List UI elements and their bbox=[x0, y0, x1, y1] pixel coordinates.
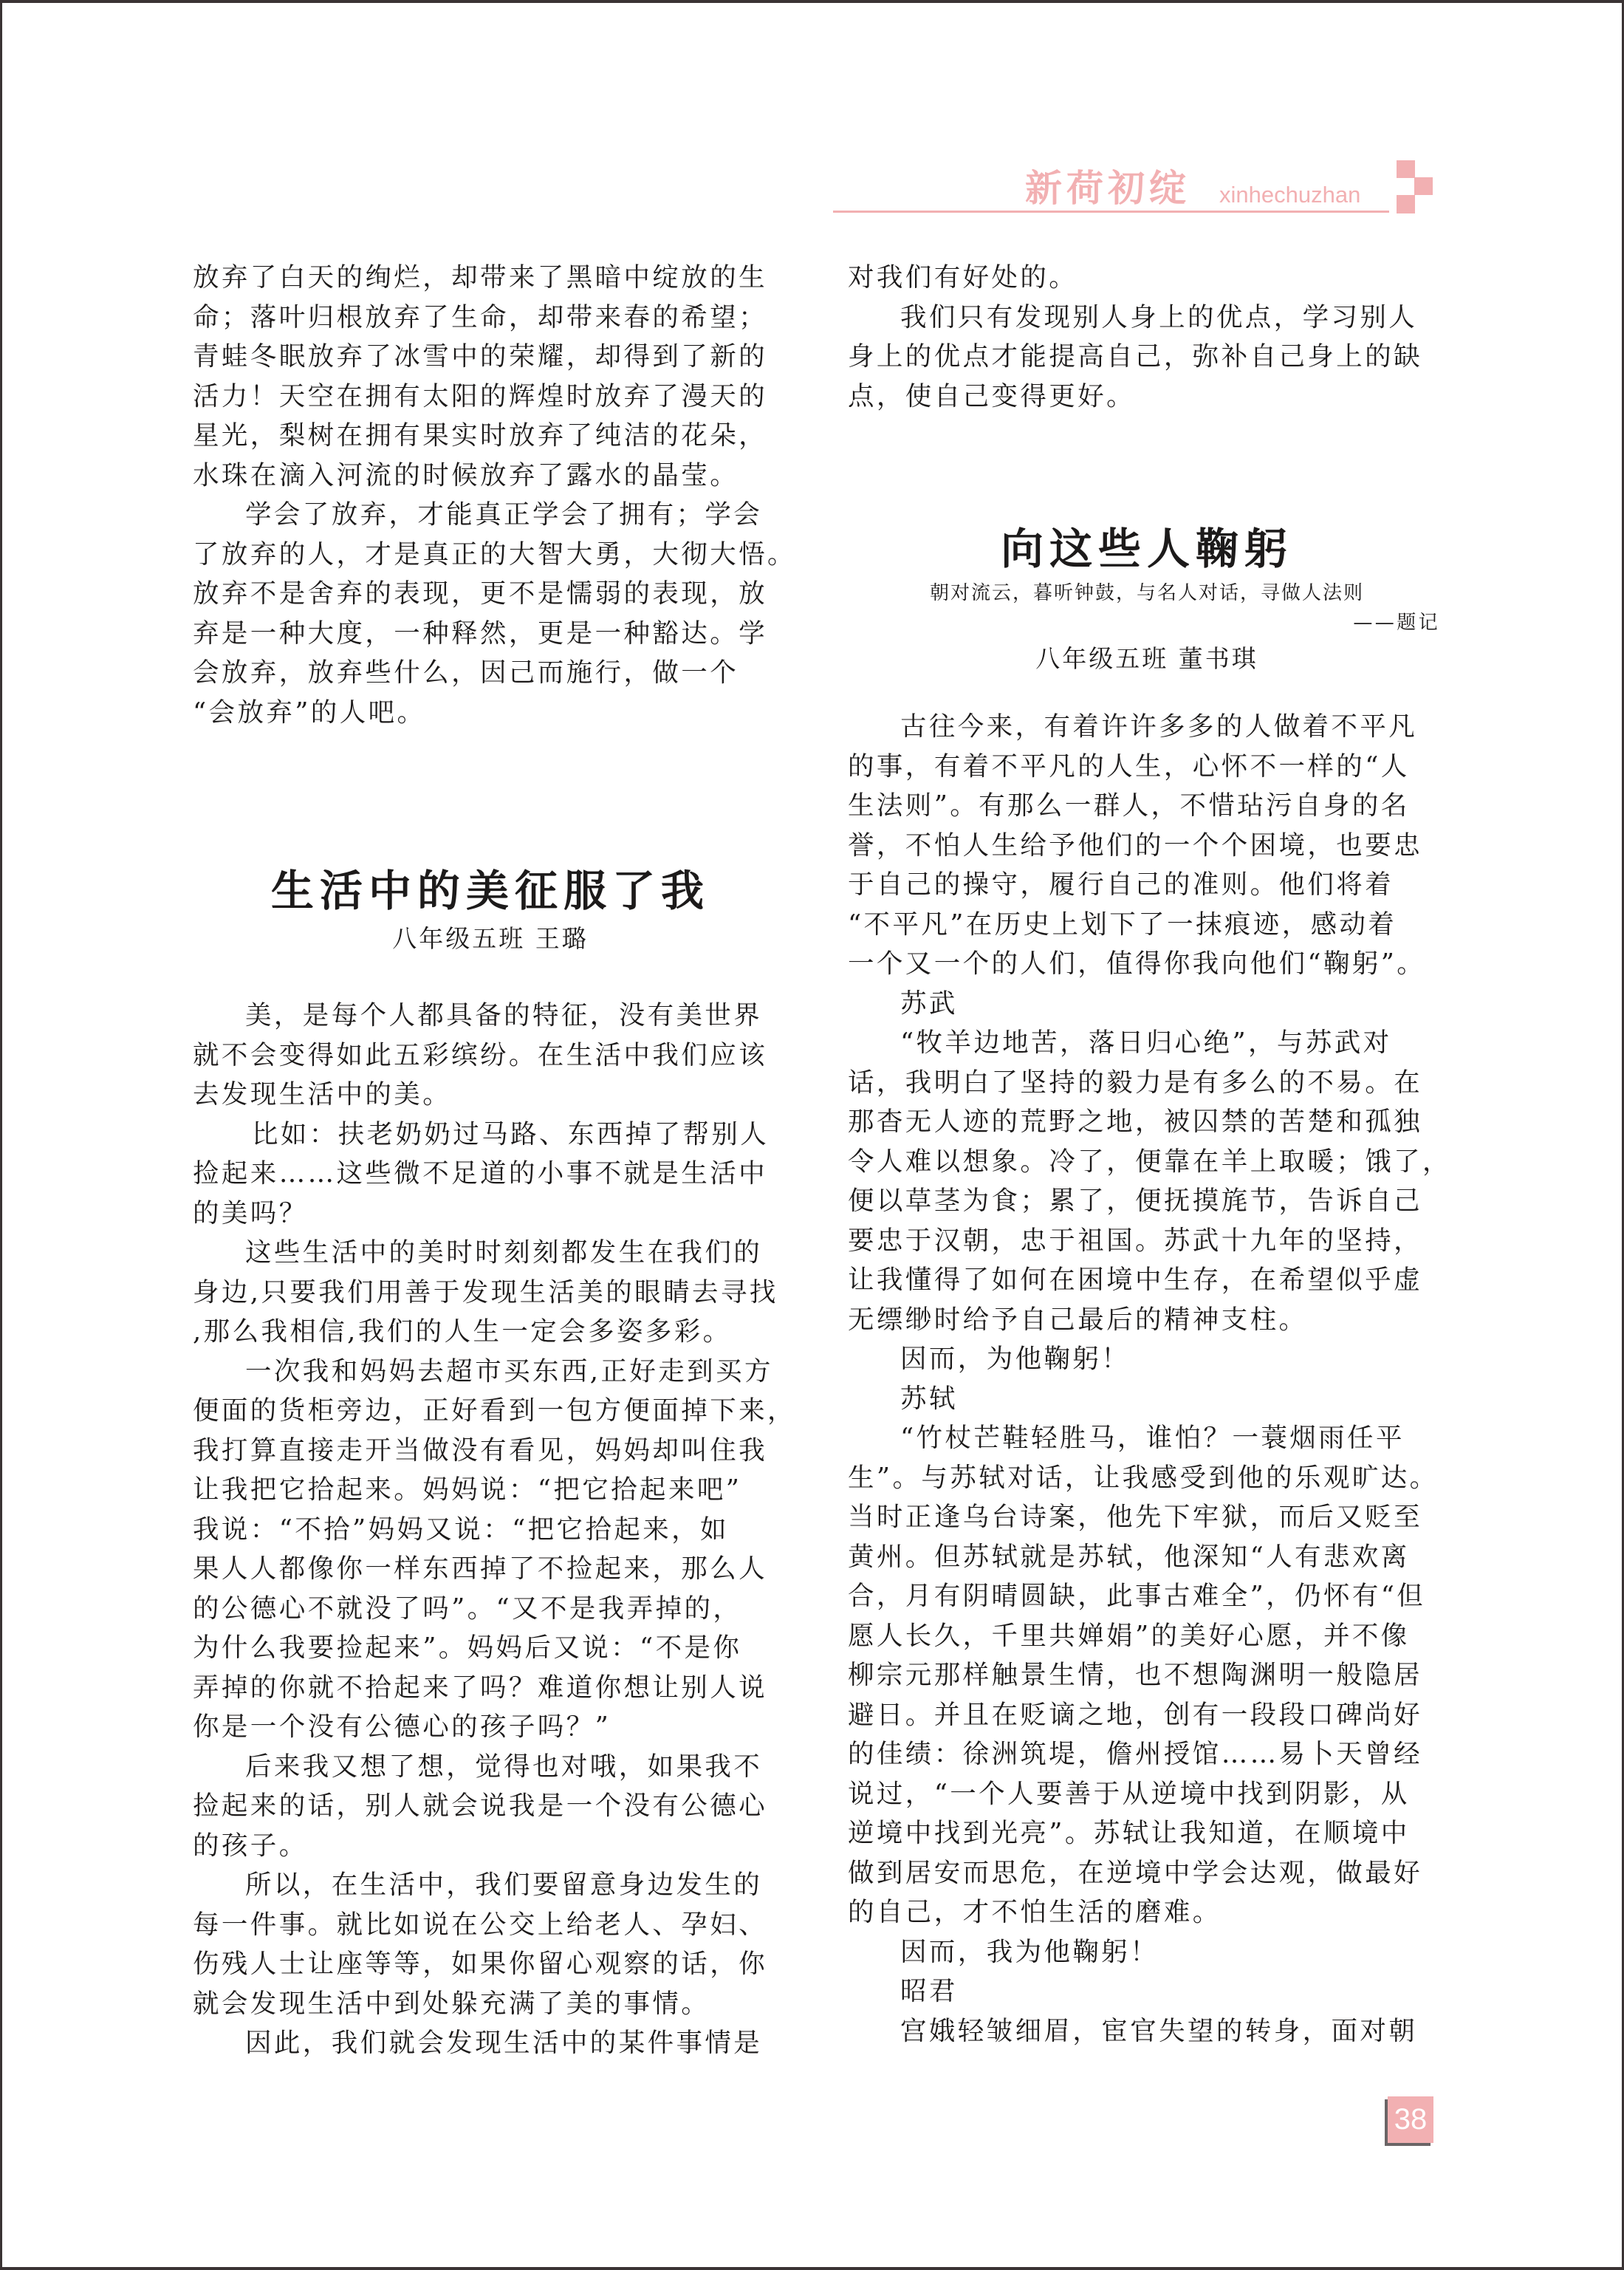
text-line: 的佳绩：徐洲筑堤，儋州授馆……易卜天曾经 bbox=[848, 1734, 1446, 1774]
text-line: 令人难以想象。冷了，便靠在羊上取暖；饿了， bbox=[848, 1142, 1446, 1182]
text-line: 学会了放弃，才能真正学会了拥有；学会 bbox=[193, 495, 788, 535]
left-column: 放弃了白天的绚烂，却带来了黑暗中绽放的生 命；落叶归根放弃了生命，却带来春的希望… bbox=[193, 258, 788, 2063]
section-heading: 苏轼 bbox=[848, 1379, 1446, 1419]
text-line: 说过，“一个人要善于从逆境中找到阴影，从 bbox=[848, 1774, 1446, 1814]
text-line: 因而，我为他鞠躬！ bbox=[848, 1932, 1446, 1972]
text-line: 美，是每个人都具备的特征，没有美世界 bbox=[193, 996, 788, 1036]
article-title: 生活中的美征服了我 bbox=[193, 861, 788, 920]
text-line: 活力！天空在拥有太阳的辉煌时放弃了漫天的 bbox=[193, 377, 788, 417]
text-line: 每一件事。就比如说在公交上给老人、孕妇、 bbox=[193, 1905, 788, 1945]
text-line: 誉，不怕人生给予他们的一个个困境，也要忠 bbox=[848, 826, 1446, 866]
text-line: 我说：“不拾”妈妈又说：“把它拾起来，如 bbox=[193, 1510, 788, 1550]
article-body: 美，是每个人都具备的特征，没有美世界 就不会变得如此五彩缤纷。在生活中我们应该 … bbox=[193, 996, 788, 2063]
article-body: 古往今来，有着许许多多的人做着不平凡 的事，有着不平凡的人生，心怀不一样的“人 … bbox=[848, 707, 1446, 2051]
text-line: 去发现生活中的美。 bbox=[193, 1075, 788, 1115]
text-line: 一个又一个的人们，值得你我向他们“鞠躬”。 bbox=[848, 944, 1446, 984]
text-line: 逆境中找到光亮”。苏轼让我知道，在顺境中 bbox=[848, 1813, 1446, 1853]
magazine-page: 新荷初绽 xinhechuzhan 放弃了白天的绚烂，却带来了黑暗中绽放的生 命… bbox=[0, 0, 1624, 2270]
continued-paragraph: 学会了放弃，才能真正学会了拥有；学会 了放弃的人，才是真正的大智大勇，大彻大悟。… bbox=[193, 495, 788, 732]
text-line: 当时正逢乌台诗案，他先下牢狱，而后又贬至 bbox=[848, 1497, 1446, 1537]
text-line: 比如：扶老奶奶过马路、东西掉了帮别人 bbox=[193, 1115, 788, 1155]
text-line: 要忠于汉朝，忠于祖国。苏武十九年的坚持， bbox=[848, 1221, 1446, 1261]
text-line: 弃是一种大度，一种释然，更是一种豁达。学 bbox=[193, 614, 788, 654]
text-line: 身上的优点才能提高自己，弥补自己身上的缺 bbox=[848, 337, 1446, 377]
checker-square-icon bbox=[1397, 160, 1415, 178]
checker-square-icon bbox=[1414, 177, 1433, 195]
text-line: “不平凡”在历史上划下了一抹痕迹，感动着 bbox=[848, 905, 1446, 945]
text-line: 所以，在生活中，我们要留意身边发生的 bbox=[193, 1865, 788, 1905]
text-line: 捡起来的话，别人就会说我是一个没有公德心 bbox=[193, 1786, 788, 1826]
text-line: 便面的货柜旁边，正好看到一包方便面掉下来， bbox=[193, 1391, 788, 1431]
text-line: 的孩子。 bbox=[193, 1826, 788, 1866]
text-line: “竹杖芒鞋轻胜马，谁怕？一蓑烟雨任平 bbox=[848, 1418, 1446, 1458]
text-line: 命；落叶归根放弃了生命，却带来春的希望； bbox=[193, 298, 788, 338]
text-line: 做到居安而思危，在逆境中学会达观，做最好 bbox=[848, 1853, 1446, 1893]
text-line: 愿人长久，千里共婵娟”的美好心愿，并不像 bbox=[848, 1616, 1446, 1656]
text-line: 避日。并且在贬谪之地，创有一段段口碑尚好 bbox=[848, 1695, 1446, 1735]
text-line: 的事，有着不平凡的人生，心怀不一样的“人 bbox=[848, 747, 1446, 787]
text-line: 的公德心不就没了吗”。“又不是我弄掉的， bbox=[193, 1589, 788, 1629]
text-line: 合，月有阴晴圆缺，此事古难全”，仍怀有“但 bbox=[848, 1576, 1446, 1616]
text-line: 生法则”。有那么一群人，不惜玷污自身的名 bbox=[848, 786, 1446, 826]
section-heading: 苏武 bbox=[848, 984, 1446, 1024]
text-line: 伤残人士让座等等，如果你留心观察的话，你 bbox=[193, 1944, 788, 1984]
text-line: 我打算直接走开当做没有看见，妈妈却叫住我 bbox=[193, 1431, 788, 1471]
text-line: 的美吗？ bbox=[193, 1194, 788, 1234]
text-line: 放弃不是舍弃的表现，更不是懦弱的表现，放 bbox=[193, 574, 788, 614]
text-line: 后来我又想了想，觉得也对哦，如果我不 bbox=[193, 1747, 788, 1787]
epigraph: 朝对流云，暮听钟鼓，与名人对话，寻做人法则 bbox=[848, 578, 1446, 608]
text-line: 星光，梨树在拥有果实时放弃了纯洁的花朵， bbox=[193, 416, 788, 456]
text-line: 为什么我要捡起来”。妈妈后又说：“不是你 bbox=[193, 1628, 788, 1668]
text-line: “会放弃”的人吧。 bbox=[193, 693, 788, 733]
section-title: 新荷初绽 bbox=[1025, 164, 1190, 213]
text-line: 会放弃，放弃些什么，因己而施行，做一个 bbox=[193, 653, 788, 693]
checker-square-icon bbox=[1397, 195, 1415, 213]
text-line: 黄州。但苏轼就是苏轼，他深知“人有悲欢离 bbox=[848, 1537, 1446, 1577]
text-line: 生”。与苏轼对话，让我感受到他的乐观旷达。 bbox=[848, 1458, 1446, 1498]
text-line: 话，我明白了坚持的毅力是有多么的不易。在 bbox=[848, 1063, 1446, 1103]
page-number: 38 bbox=[1388, 2096, 1433, 2143]
epigraph-signature: ——题记 bbox=[848, 608, 1446, 637]
text-line: 于自己的操守，履行自己的准则。他们将着 bbox=[848, 865, 1446, 905]
text-line: ,那么我相信,我们的人生一定会多姿多彩。 bbox=[193, 1312, 788, 1352]
text-line: 就会发现生活中到处躲充满了美的事情。 bbox=[193, 1984, 788, 2024]
text-line: 柳宗元那样触景生情，也不想陶渊明一般隐居 bbox=[848, 1655, 1446, 1695]
text-line: 就不会变得如此五彩缤纷。在生活中我们应该 bbox=[193, 1036, 788, 1076]
text-line: 一次我和妈妈去超市买东西,正好走到买方 bbox=[193, 1352, 788, 1392]
text-line: 捡起来……这些微不足道的小事不就是生活中 bbox=[193, 1154, 788, 1194]
text-line: 宫娥轻皱细眉，宦官失望的转身，面对朝 bbox=[848, 2011, 1446, 2051]
text-line: 水珠在滴入河流的时候放弃了露水的晶莹。 bbox=[193, 456, 788, 496]
text-line: 对我们有好处的。 bbox=[848, 258, 1446, 298]
text-line: 无缥缈时给予自己最后的精神支柱。 bbox=[848, 1300, 1446, 1340]
text-line: 身边,只要我们用善于发现生活美的眼睛去寻找 bbox=[193, 1273, 788, 1313]
text-line: 放弃了白天的绚烂，却带来了黑暗中绽放的生 bbox=[193, 258, 788, 298]
continued-paragraph: 放弃了白天的绚烂，却带来了黑暗中绽放的生 命；落叶归根放弃了生命，却带来春的希望… bbox=[193, 258, 788, 495]
article-byline: 八年级五班 董书琪 bbox=[848, 640, 1446, 677]
text-line: 因而，为他鞠躬！ bbox=[848, 1339, 1446, 1379]
right-column: 对我们有好处的。 我们只有发现别人身上的优点，学习别人 身上的优点才能提高自己，… bbox=[848, 258, 1446, 2051]
text-line: 那杳无人迹的荒野之地，被囚禁的苦楚和孤独 bbox=[848, 1102, 1446, 1142]
text-line: 点，使自己变得更好。 bbox=[848, 377, 1446, 417]
text-line: “牧羊边地苦，落日归心绝”，与苏武对 bbox=[848, 1023, 1446, 1063]
article-byline: 八年级五班 王璐 bbox=[193, 920, 788, 957]
text-line: 让我懂得了如何在困境中生存，在希望似乎虚 bbox=[848, 1260, 1446, 1300]
section-pinyin: xinhechuzhan bbox=[1219, 180, 1360, 210]
text-line: 因此，我们就会发现生活中的某件事情是 bbox=[193, 2023, 788, 2063]
text-line: 青蛙冬眠放弃了冰雪中的荣耀，却得到了新的 bbox=[193, 337, 788, 377]
text-line: 这些生活中的美时时刻刻都发生在我们的 bbox=[193, 1233, 788, 1273]
article-title: 向这些人鞠躬 bbox=[848, 519, 1446, 578]
text-line: 你是一个没有公德心的孩子吗？” bbox=[193, 1707, 788, 1747]
text-line: 让我把它拾起来。妈妈说：“把它拾起来吧” bbox=[193, 1470, 788, 1510]
header-divider bbox=[833, 211, 1389, 213]
text-line: 弄掉的你就不拾起来了吗？难道你想让别人说 bbox=[193, 1668, 788, 1708]
text-line: 果人人都像你一样东西掉了不捡起来，那么人 bbox=[193, 1549, 788, 1589]
text-line: 了放弃的人，才是真正的大智大勇，大彻大悟。 bbox=[193, 535, 788, 575]
text-line: 我们只有发现别人身上的优点，学习别人 bbox=[848, 298, 1446, 338]
text-line: 的自己，才不怕生活的磨难。 bbox=[848, 1893, 1446, 1932]
text-line: 便以草茎为食；累了，便抚摸旄节，告诉自己 bbox=[848, 1181, 1446, 1221]
text-line: 古往今来，有着许许多多的人做着不平凡 bbox=[848, 707, 1446, 747]
section-heading: 昭君 bbox=[848, 1972, 1446, 2011]
